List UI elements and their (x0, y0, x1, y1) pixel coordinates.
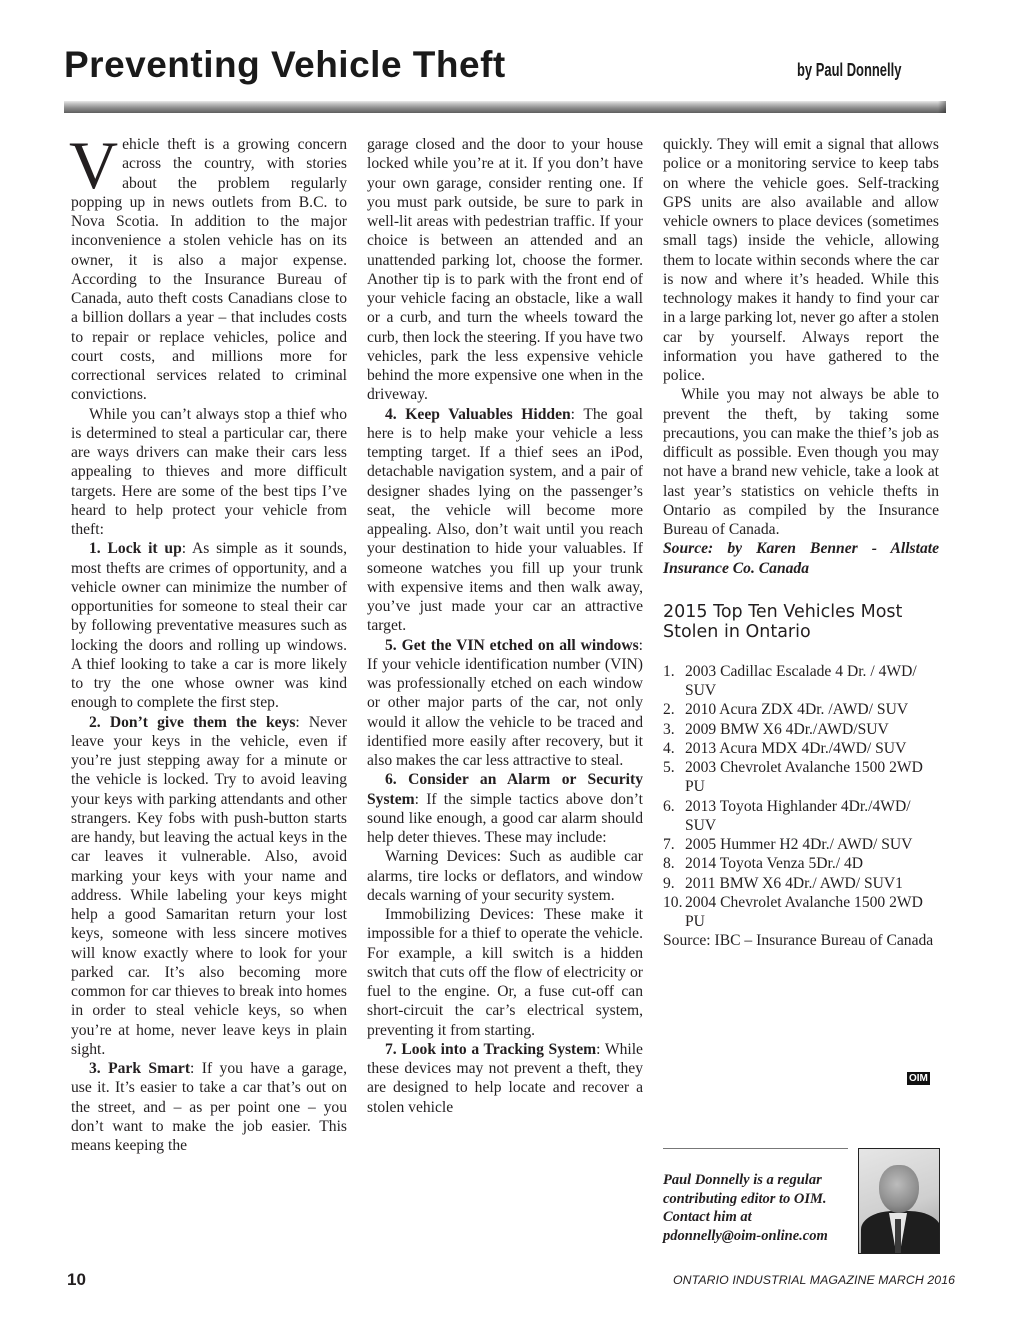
stolen-vehicles-list: 1.2003 Cadillac Escalade 4 Dr. / 4WD/ SU… (663, 662, 939, 932)
tip-1: 1. Lock it up: As simple as it sounds, m… (71, 539, 347, 712)
tip-3-start: 3. Park Smart: If you have a garage, use… (71, 1059, 347, 1155)
list-item: 10.2004 Chevrolet Avalanche 1500 2WD PU (663, 893, 939, 932)
list-item: 1.2003 Cadillac Escalade 4 Dr. / 4WD/ SU… (663, 662, 939, 701)
article-column-2: garage closed and the door to your house… (367, 135, 643, 1117)
list-source: Source: IBC – Insurance Bureau of Canada (663, 931, 939, 950)
tip-4: 4. Keep Valuables Hidden: The goal here … (367, 405, 643, 636)
drop-cap: V (69, 139, 118, 191)
list-item: 3.2009 BMW X6 4Dr./AWD/SUV (663, 720, 939, 739)
tip-heading: 5. Get the VIN etched on all windows (385, 637, 639, 654)
tip-7-start: 7. Look into a Tracking System: While th… (367, 1040, 643, 1117)
header-divider (64, 101, 946, 113)
warning-devices: Warning Devices: Such as audible car ala… (367, 847, 643, 905)
article-title: Preventing Vehicle Theft (64, 44, 506, 86)
bio-divider (663, 1148, 848, 1149)
list-item: 4.2013 Acura MDX 4Dr./4WD/ SUV (663, 739, 939, 758)
article-byline: by Paul Donnelly (797, 60, 901, 81)
paragraph: While you can’t always stop a thief who … (71, 405, 347, 540)
article-column-1: Vehicle theft is a growing concern acros… (71, 135, 347, 1155)
list-item: 6.2013 Toyota Highlander 4Dr./4WD/ SUV (663, 797, 939, 836)
article-column-3: quickly. They will emit a signal that al… (663, 135, 939, 951)
tip-heading: 1. Lock it up (89, 540, 182, 557)
tip-heading: 2. Don’t give them the keys (89, 714, 295, 731)
page-number: 10 (67, 1270, 86, 1290)
intro-paragraph: Vehicle theft is a growing concern acros… (71, 135, 347, 405)
list-item: 9.2011 BMW X6 4Dr./ AWD/ SUV1 (663, 874, 939, 893)
publication-footer: ONTARIO INDUSTRIAL MAGAZINE MARCH 2016 (673, 1273, 955, 1287)
article-source: Source: by Karen Benner - Allstate Insur… (663, 539, 939, 578)
tip-heading: 4. Keep Valuables Hidden (385, 406, 571, 423)
list-item: 2.2010 Acura ZDX 4Dr. /AWD/ SUV (663, 700, 939, 719)
tip-heading: 3. Park Smart (89, 1060, 190, 1077)
end-mark-badge: OIM (907, 1072, 930, 1085)
author-bio: Paul Donnelly is a regular contributing … (663, 1171, 853, 1245)
tip-5: 5. Get the VIN etched on all windows: If… (367, 636, 643, 771)
stolen-list-heading: 2015 Top Ten Vehicles Most Stolen in Ont… (663, 602, 939, 642)
list-item: 7.2005 Hummer H2 4Dr./ AWD/ SUV (663, 835, 939, 854)
conclusion-paragraph: While you may not always be able to prev… (663, 385, 939, 539)
tip-3-continued: garage closed and the door to your house… (367, 135, 643, 405)
tip-6: 6. Consider an Alarm or Security System:… (367, 770, 643, 847)
immobilizing-devices: Immobilizing Devices: These make it impo… (367, 905, 643, 1040)
list-item: 5.2003 Chevrolet Avalanche 1500 2WD PU (663, 758, 939, 797)
tip-7-continued: quickly. They will emit a signal that al… (663, 135, 939, 385)
tip-2: 2. Don’t give them the keys: Never leave… (71, 713, 347, 1060)
tip-heading: 7. Look into a Tracking System (385, 1041, 596, 1058)
list-item: 8.2014 Toyota Venza 5Dr./ 4D (663, 854, 939, 873)
author-photo (858, 1148, 940, 1254)
